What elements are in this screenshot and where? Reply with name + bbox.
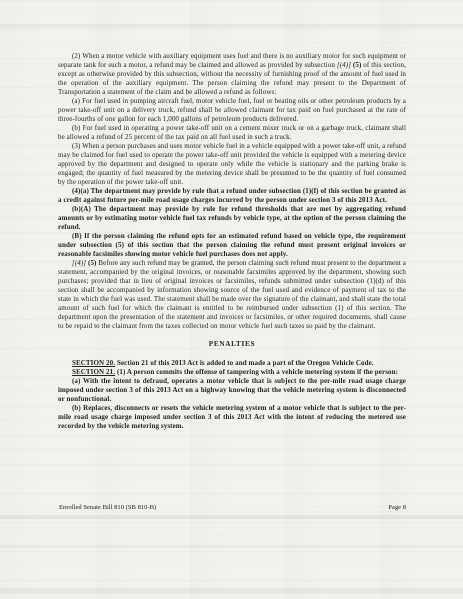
text-run: (1) A person commits the offense of tamp…: [115, 368, 398, 376]
paragraph: (4)(a) The department may provide by rul…: [58, 187, 406, 205]
text-run: (a) For fuel used in pumping aircraft fu…: [58, 97, 406, 123]
text-run: SECTION 20.: [72, 359, 115, 367]
footer-bill-title: Enrolled Senate Bill 810 (SB 810-B): [59, 504, 156, 512]
footer-page-number: Page 8: [388, 504, 406, 512]
text-run: SECTION 21.: [72, 368, 115, 376]
document-page: (2) When a motor vehicle with auxiliary …: [0, 0, 463, 599]
scan-streak: [0, 545, 463, 548]
body-text: (2) When a motor vehicle with auxiliary …: [58, 52, 406, 431]
paragraph: (a) With the intent to defraud, operates…: [58, 377, 406, 404]
text-run: (b)(A) The department may provide by rul…: [58, 205, 406, 231]
body-text-upper: (2) When a motor vehicle with auxiliary …: [58, 52, 406, 331]
text-run: (b) For fuel used in operating a power t…: [58, 124, 406, 141]
paragraph: (b)(A) The department may provide by rul…: [58, 205, 406, 232]
penalties-heading: PENALTIES: [58, 340, 406, 349]
paragraph: SECTION 20. Section 21 of this 2013 Act …: [58, 359, 406, 368]
scan-streak: [0, 24, 463, 28]
paragraph: (B) If the person claiming the refund op…: [58, 232, 406, 259]
scan-streak: [0, 515, 463, 519]
scan-streak: [0, 588, 463, 593]
text-run: (5): [351, 61, 361, 69]
text-run: [(4)]: [337, 61, 351, 69]
text-run: (b) Replaces, disconnects or resets the …: [58, 404, 406, 430]
text-run: [(4)]: [72, 259, 86, 267]
text-run: (4)(a) The department may provide by rul…: [58, 187, 406, 204]
paragraph: (2) When a motor vehicle with auxiliary …: [58, 52, 406, 97]
text-run: Before any such refund may be granted, t…: [58, 259, 406, 330]
paragraph: (3) When a person purchases and uses mot…: [58, 142, 406, 187]
text-run: (a) With the intent to defraud, operates…: [58, 377, 406, 403]
paragraph: (b) Replaces, disconnects or resets the …: [58, 404, 406, 431]
text-run: (B) If the person claiming the refund op…: [58, 232, 406, 258]
text-run: (3) When a person purchases and uses mot…: [58, 142, 406, 186]
page-footer: Enrolled Senate Bill 810 (SB 810-B) Page…: [59, 504, 406, 512]
paragraph: SECTION 21. (1) A person commits the off…: [58, 368, 406, 377]
paragraph: (b) For fuel used in operating a power t…: [58, 124, 406, 142]
paragraph: [(4)] (5) Before any such refund may be …: [58, 259, 406, 331]
body-text-penalties: SECTION 20. Section 21 of this 2013 Act …: [58, 359, 406, 431]
text-run: Section 21 of this 2013 Act is added to …: [115, 359, 374, 367]
text-run: (5): [86, 259, 96, 267]
paragraph: (a) For fuel used in pumping aircraft fu…: [58, 97, 406, 124]
